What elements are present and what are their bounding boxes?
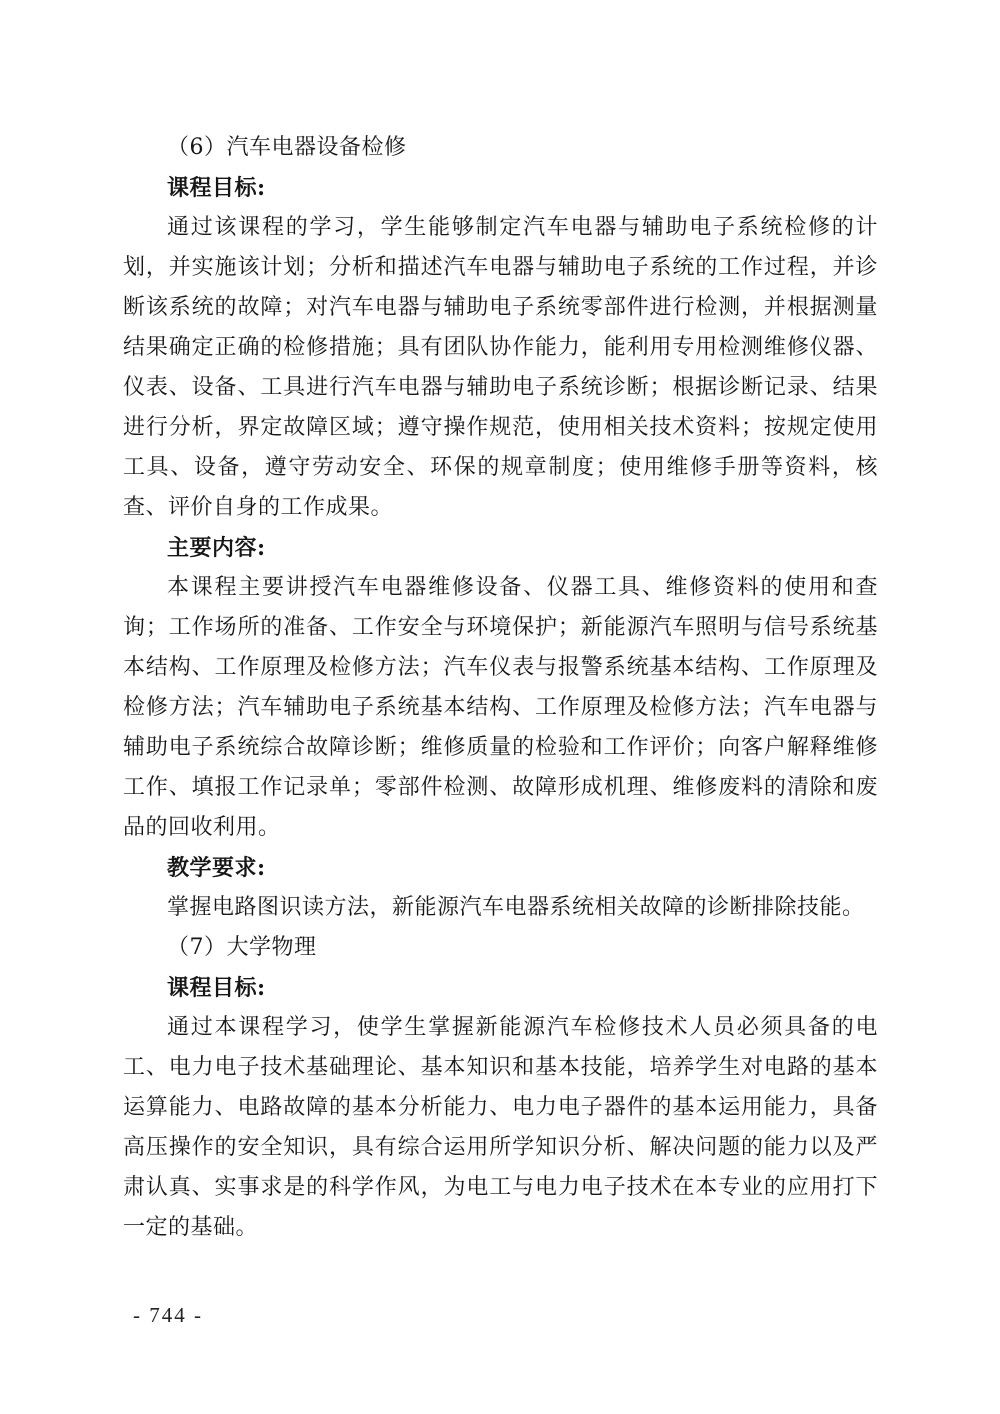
section-6-teaching-requirements-heading: 教学要求: (123, 848, 878, 888)
section-6-main-content-paragraph: 本课程主要讲授汽车电器维修设备、仪器工具、维修资料的使用和查询；工作场所的准备、… (123, 568, 878, 848)
section-6-teaching-requirements-paragraph: 掌握电路图识读方法，新能源汽车电器系统相关故障的诊断排除技能。 (123, 888, 878, 928)
section-6-main-content-heading: 主要内容: (123, 528, 878, 568)
section-6-objectives-paragraph: 通过该课程的学习，学生能够制定汽车电器与辅助电子系统检修的计划，并实施该计划；分… (123, 208, 878, 528)
page-number: - 744 - (133, 1300, 203, 1330)
section-6-objectives-heading: 课程目标: (123, 168, 878, 208)
document-page: （6）汽车电器设备检修 课程目标: 通过该课程的学习，学生能够制定汽车电器与辅助… (0, 0, 1000, 1414)
section-7-objectives-paragraph: 通过本课程学习，使学生掌握新能源汽车检修技术人员必须具备的电工、电力电子技术基础… (123, 1008, 878, 1248)
page-content: （6）汽车电器设备检修 课程目标: 通过该课程的学习，学生能够制定汽车电器与辅助… (123, 128, 878, 1248)
section-6-heading: （6）汽车电器设备检修 (123, 128, 878, 168)
section-7-objectives-heading: 课程目标: (123, 968, 878, 1008)
section-7-heading: （7）大学物理 (123, 928, 878, 968)
